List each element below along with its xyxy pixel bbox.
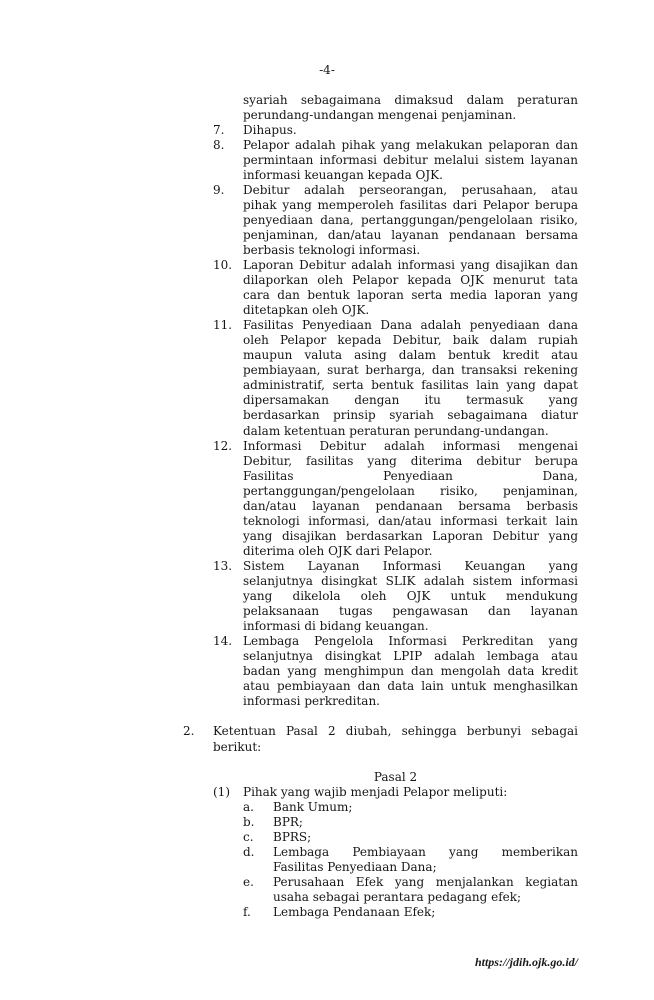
text-line: syariah sebagaimana dimaksud dalam perat… [243, 93, 578, 108]
item-number: 10. [213, 258, 232, 273]
sub-item: e. Perusahaan Efek yang menjalankan kegi… [0, 875, 654, 905]
amendment-number: 2. [183, 724, 194, 739]
definition-item: 7. Dihapus. [0, 123, 654, 138]
text-line: pihak yang memperoleh fasilitas dari Pel… [243, 198, 578, 213]
blank-line [0, 709, 654, 724]
text-line: Lembaga Pembiayaan yang memberikan [273, 845, 578, 860]
definition-item: 14. Lembaga Pengelola Informasi Perkredi… [0, 634, 654, 709]
article-paragraph: (1) Pihak yang wajib menjadi Pelapor mel… [0, 785, 654, 800]
text-line: Perusahaan Efek yang menjalankan kegiata… [273, 875, 578, 890]
text-line: Laporan Debitur adalah informasi yang di… [243, 258, 578, 273]
text-line: informasi di bidang keuangan. [243, 619, 578, 634]
text-line: oleh Pelapor kepada Debitur, baik dalam … [243, 333, 578, 348]
text-line: Lembaga Pendanaan Efek; [273, 905, 578, 920]
text-line: informasi keuangan kepada OJK. [243, 168, 578, 183]
text-line: dilaporkan oleh Pelapor kepada OJK menur… [243, 273, 578, 288]
text-line: dan/atau layanan pendanaan bersama berba… [243, 499, 578, 514]
definition-item: 12. Informasi Debitur adalah informasi m… [0, 439, 654, 559]
sub-item: d. Lembaga Pembiayaan yang memberikan Fa… [0, 845, 654, 875]
text-line: selanjutnya disingkat LPIP adalah lembag… [243, 649, 578, 664]
page-content: syariah sebagaimana dimaksud dalam perat… [0, 93, 654, 921]
text-line: dalam ketentuan peraturan perundang-unda… [243, 424, 578, 439]
text-line: pertanggungan/pengelolaan risiko, penjam… [243, 484, 578, 499]
text-line: pembiayaan, surat berharga, dan transaks… [243, 363, 578, 378]
text-line: badan yang menghimpun dan mengolah data … [243, 664, 578, 679]
amendment-point: 2. Ketentuan Pasal 2 diubah, sehingga be… [0, 724, 654, 754]
item-number: 12. [213, 439, 232, 454]
text-line: teknologi informasi, dan/atau informasi … [243, 514, 578, 529]
text-line: dipersamakan dengan itu termasuk yang [243, 393, 578, 408]
item-number: 8. [213, 138, 224, 153]
text-line: Informasi Debitur adalah informasi menge… [243, 439, 578, 454]
item-text: Laporan Debitur adalah informasi yang di… [243, 258, 578, 318]
item-text: Debitur adalah perseorangan, perusahaan,… [243, 183, 578, 258]
text-line: yang disajikan berdasarkan Laporan Debit… [243, 529, 578, 544]
sub-item-text: Perusahaan Efek yang menjalankan kegiata… [273, 875, 578, 905]
text-line: ditetapkan oleh OJK. [243, 303, 578, 318]
text-line: pelaksanaan tugas pengawasan dan layanan [243, 604, 578, 619]
sub-item-letter: a. [243, 800, 254, 815]
text-line: Bank Umum; [273, 800, 578, 815]
text-line: Fasilitas Penyediaan Dana; [273, 860, 578, 875]
text-line: Lembaga Pengelola Informasi Perkreditan … [243, 634, 578, 649]
item-number: 13. [213, 559, 232, 574]
text-line: atau pembiayaan dan data lain untuk meng… [243, 679, 578, 694]
item-text: Pelapor adalah pihak yang melakukan pela… [243, 138, 578, 183]
blank-line [0, 755, 654, 770]
amendment-text: Ketentuan Pasal 2 diubah, sehingga berbu… [213, 724, 578, 754]
text-line: Debitur, fasilitas yang diterima debitur… [243, 454, 578, 469]
sub-item-letter: f. [243, 905, 251, 920]
page-number: -4- [0, 63, 654, 78]
sub-item-letter: d. [243, 845, 255, 860]
item-number: 7. [213, 123, 224, 138]
item-text: Sistem Layanan Informasi Keuangan yang s… [243, 559, 578, 634]
item-number: 14. [213, 634, 232, 649]
text-line: berdasarkan prinsip syariah sebagaimana … [243, 408, 578, 423]
footer-url: https://jdih.ojk.go.id/ [475, 955, 578, 970]
text-line: Fasilitas Penyediaan Dana, [243, 469, 578, 484]
text-line: Pelapor adalah pihak yang melakukan pela… [243, 138, 578, 153]
text-line: informasi perkreditan. [243, 694, 578, 709]
text-line: diterima oleh OJK dari Pelapor. [243, 544, 578, 559]
sub-item-letter: e. [243, 875, 254, 890]
item-number: 9. [213, 183, 224, 198]
item-text: Lembaga Pengelola Informasi Perkreditan … [243, 634, 578, 709]
item-text: Informasi Debitur adalah informasi menge… [243, 439, 578, 559]
text-line: Sistem Layanan Informasi Keuangan yang [243, 559, 578, 574]
definition-item: 8. Pelapor adalah pihak yang melakukan p… [0, 138, 654, 183]
text-line: permintaan informasi debitur melalui sis… [243, 153, 578, 168]
sub-item: a. Bank Umum; [0, 800, 654, 815]
definition-item: 9. Debitur adalah perseorangan, perusaha… [0, 183, 654, 258]
text-line: Pihak yang wajib menjadi Pelapor meliput… [243, 785, 578, 800]
text-line: yang dikelola oleh OJK untuk mendukung [243, 589, 578, 604]
text-line: Dihapus. [243, 123, 578, 138]
definition-item: 13. Sistem Layanan Informasi Keuangan ya… [0, 559, 654, 634]
item-text: Fasilitas Penyediaan Dana adalah penyedi… [243, 318, 578, 438]
text-line: BPRS; [273, 830, 578, 845]
sub-item: f. Lembaga Pendanaan Efek; [0, 905, 654, 920]
text-line: berikut: [213, 740, 578, 755]
article-heading: Pasal 2 [213, 770, 578, 785]
paragraph-number: (1) [213, 785, 230, 800]
text-line: usaha sebagai perantara pedagang efek; [273, 890, 578, 905]
text-line: penyediaan dana, pertanggungan/pengelola… [243, 213, 578, 228]
item-text: syariah sebagaimana dimaksud dalam perat… [243, 93, 578, 123]
text-line: Debitur adalah perseorangan, perusahaan,… [243, 183, 578, 198]
sub-item-text: Bank Umum; [273, 800, 578, 815]
sub-item-text: BPRS; [273, 830, 578, 845]
item-text: Dihapus. [243, 123, 578, 138]
text-line: Ketentuan Pasal 2 diubah, sehingga berbu… [213, 724, 578, 739]
sub-item-text: Lembaga Pendanaan Efek; [273, 905, 578, 920]
definition-item: 11. Fasilitas Penyediaan Dana adalah pen… [0, 318, 654, 438]
item-number: 11. [213, 318, 232, 333]
definition-item: 10. Laporan Debitur adalah informasi yan… [0, 258, 654, 318]
sub-item-letter: b. [243, 815, 255, 830]
sub-item-text: Lembaga Pembiayaan yang memberikan Fasil… [273, 845, 578, 875]
paragraph-text: Pihak yang wajib menjadi Pelapor meliput… [243, 785, 578, 800]
sub-item-text: BPR; [273, 815, 578, 830]
sub-item: b. BPR; [0, 815, 654, 830]
text-line: selanjutnya disingkat SLIK adalah sistem… [243, 574, 578, 589]
text-line: maupun valuta asing dalam bentuk kredit … [243, 348, 578, 363]
text-line: penjaminan, dan/atau layanan pendanaan b… [243, 228, 578, 243]
sub-item: c. BPRS; [0, 830, 654, 845]
text-line: cara dan bentuk laporan serta media lapo… [243, 288, 578, 303]
text-line: BPR; [273, 815, 578, 830]
definition-continuation: syariah sebagaimana dimaksud dalam perat… [0, 93, 654, 123]
sub-item-letter: c. [243, 830, 254, 845]
text-line: berbasis teknologi informasi. [243, 243, 578, 258]
document-page: -4- syariah sebagaimana dimaksud dalam p… [0, 0, 654, 1000]
text-line: perundang-undangan mengenai penjaminan. [243, 108, 578, 123]
text-line: Fasilitas Penyediaan Dana adalah penyedi… [243, 318, 578, 333]
text-line: administratif, serta bentuk fasilitas la… [243, 378, 578, 393]
